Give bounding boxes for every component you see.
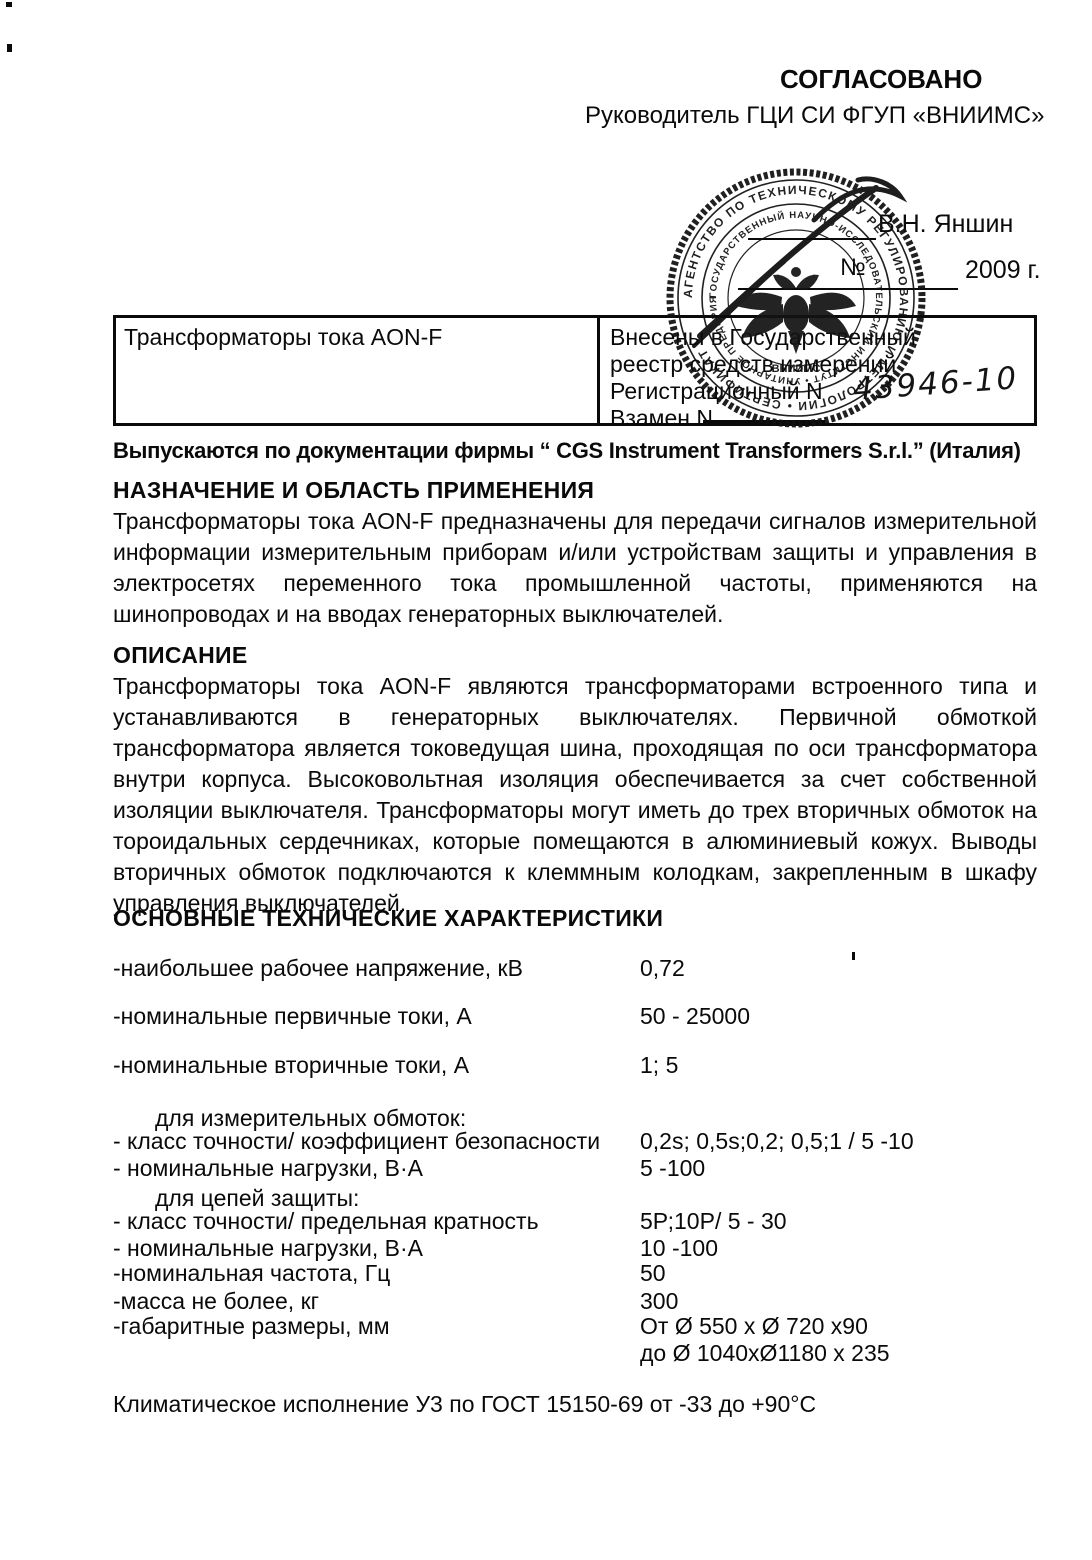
issued-by-line: Выпускаются по документации фирмы “ CGS … — [113, 438, 1021, 464]
spec-label: - класс точности/ коэффициент безопаснос… — [113, 1128, 600, 1155]
spec-row: - номинальные нагрузки, В·А5 -100 — [113, 1155, 1037, 1182]
spec-label: -номинальная частота, Гц — [113, 1260, 390, 1287]
spec-label: -наибольшее рабочее напряжение, кВ — [113, 955, 523, 982]
spec-value: От Ø 550 x Ø 720 x90 — [640, 1313, 868, 1340]
spec-value: до Ø 1040xØ1180 x 235 — [640, 1340, 890, 1367]
approver-title: Руководитель ГЦИ СИ ФГУП «ВНИИМС» — [585, 102, 1044, 130]
description-body: Трансформаторы тока AON-F являются транс… — [113, 671, 1037, 919]
spec-label: -номинальные первичные токи, А — [113, 1003, 472, 1030]
stamp-center-label: ВНИИМС — [772, 363, 821, 375]
spec-row: -габаритные размеры, ммОт Ø 550 x Ø 720 … — [113, 1313, 1037, 1340]
specs-heading: ОСНОВНЫЕ ТЕХНИЧЕСКИЕ ХАРАКТЕРИСТИКИ — [113, 905, 663, 932]
sign-year: 2009 г. — [965, 256, 1041, 285]
scanned-document-page: СОГЛАСОВАНО Руководитель ГЦИ СИ ФГУП «ВН… — [0, 0, 1092, 1560]
spec-label: - класс точности/ предельная кратность — [113, 1208, 539, 1235]
specs-list: -наибольшее рабочее напряжение, кВ0,72 -… — [113, 948, 1037, 1378]
product-name-cell: Трансформаторы тока AON-F — [116, 318, 600, 423]
scan-artifact-dot — [6, 2, 12, 7]
spec-value: 10 -100 — [640, 1235, 718, 1262]
spec-value: 50 — [640, 1260, 666, 1287]
purpose-heading: НАЗНАЧЕНИЕ И ОБЛАСТЬ ПРИМЕНЕНИЯ — [113, 477, 594, 504]
spec-row: - номинальные нагрузки, В·А10 -100 — [113, 1235, 1037, 1262]
spec-value: 300 — [640, 1288, 678, 1315]
spec-value: 0,72 — [640, 955, 685, 982]
climate-line: Климатическое исполнение У3 по ГОСТ 1515… — [113, 1391, 816, 1418]
scan-artifact-dot — [7, 44, 12, 52]
spec-row: -наибольшее рабочее напряжение, кВ0,72 — [113, 955, 1037, 982]
spec-row: - класс точности/ коэффициент безопаснос… — [113, 1128, 1037, 1155]
spec-value: 1; 5 — [640, 1052, 678, 1079]
spec-row: -масса не более, кг300 — [113, 1288, 1037, 1315]
spec-row: -номинальные вторичные токи, А1; 5 — [113, 1052, 1037, 1079]
double-headed-eagle-icon — [736, 267, 856, 354]
spec-value: 5 -100 — [640, 1155, 705, 1182]
description-heading: ОПИСАНИЕ — [113, 642, 247, 669]
spec-row: -номинальные первичные токи, А50 - 25000 — [113, 1003, 1037, 1030]
purpose-body: Трансформаторы тока AON-F предназначены … — [113, 506, 1037, 630]
spec-value: 50 - 25000 — [640, 1003, 750, 1030]
spec-value: 0,2s; 0,5s;0,2; 0,5;1 / 5 -10 — [640, 1128, 914, 1155]
spec-label: -масса не более, кг — [113, 1288, 319, 1315]
spec-label: - номинальные нагрузки, В·А — [113, 1235, 423, 1262]
spec-label: -габаритные размеры, мм — [113, 1313, 390, 1340]
spec-value: 5Р;10Р/ 5 - 30 — [640, 1208, 787, 1235]
round-seal-icon: АГЕНТСТВО ПО ТЕХНИЧЕСКОМУ РЕГУЛИРОВАНИЮ … — [664, 166, 928, 430]
spec-row: - класс точности/ предельная кратность5Р… — [113, 1208, 1037, 1235]
spec-label: - номинальные нагрузки, В·А — [113, 1155, 423, 1182]
approved-label: СОГЛАСОВАНО — [780, 64, 982, 95]
spec-label: -номинальные вторичные токи, А — [113, 1052, 469, 1079]
spec-row: -номинальная частота, Гц50 — [113, 1260, 1037, 1287]
